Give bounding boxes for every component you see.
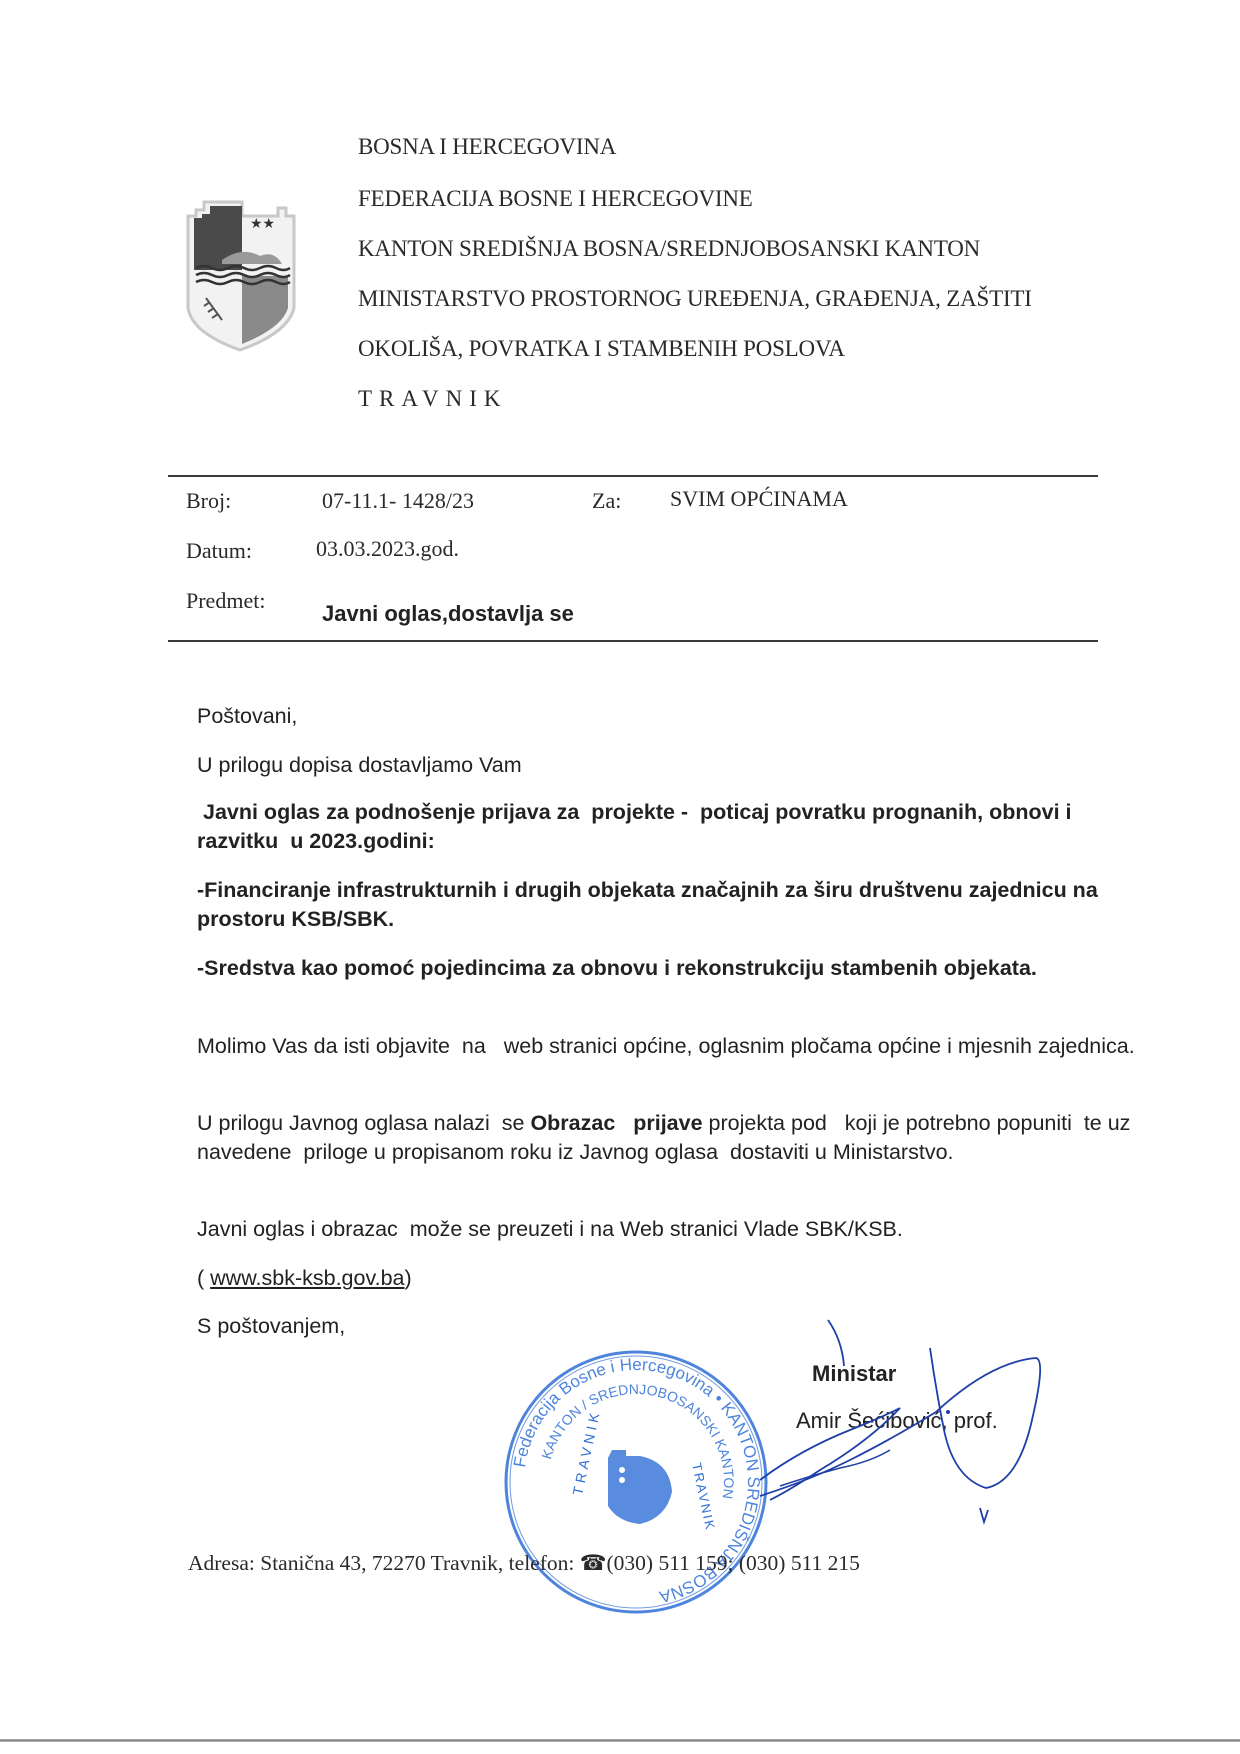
header-canton: KANTON SREDIŠNJA BOSNA/SREDNJOBOSANSKI K…	[358, 236, 980, 262]
number-label: Broj:	[186, 488, 231, 514]
form-text-part1: U prilogu Javnog oglasa nalazi se	[197, 1111, 530, 1135]
meta-top-rule	[168, 475, 1098, 477]
date-value: 03.03.2023.god.	[316, 536, 459, 562]
form-instructions: U prilogu Javnog oglasa nalazi se Obraza…	[197, 1109, 1137, 1167]
official-stamp: Federacija Bosne i Hercegovina • KANTON …	[500, 1346, 772, 1618]
subject-label: Predmet:	[186, 588, 265, 614]
program-item-infrastructure: -Financiranje infrastrukturnih i drugih …	[197, 876, 1137, 934]
to-label: Za:	[592, 488, 621, 514]
coat-of-arms-logo: ★★	[182, 198, 302, 353]
header-ministry: MINISTARSTVO PROSTORNOG UREĐENJA, GRAĐEN…	[358, 286, 1032, 312]
website-line: ( www.sbk-ksb.gov.ba)	[197, 1264, 1137, 1293]
page-bottom-edge	[0, 1739, 1240, 1742]
header-country: BOSNA I HERCEGOVINA	[358, 134, 616, 160]
link-close-paren: )	[405, 1266, 412, 1290]
program-item-housing: -Sredstva kao pomoć pojedincima za obnov…	[197, 954, 1137, 983]
header-federation: FEDERACIJA BOSNE I HERCEGOVINE	[358, 186, 753, 212]
announcement-title: Javni oglas za podnošenje prijava za pro…	[197, 798, 1137, 856]
footer-contact: Adresa: Stanična 43, 72270 Travnik, tele…	[188, 1551, 860, 1576]
to-value: SVIM OPĆINAMA	[670, 486, 848, 512]
header-city: TRAVNIK	[358, 386, 508, 412]
intro-text: U prilogu dopisa dostavljamo Vam	[197, 751, 1137, 780]
publication-request: Molimo Vas da isti objavite na web stran…	[197, 1032, 1137, 1061]
footer-address: Adresa: Stanična 43, 72270 Travnik, tele…	[188, 1551, 580, 1575]
svg-text:★★: ★★	[250, 217, 275, 232]
government-website-link[interactable]: www.sbk-ksb.gov.ba	[210, 1266, 404, 1290]
link-open-paren: (	[197, 1266, 210, 1290]
meta-bottom-rule	[168, 640, 1098, 642]
number-value: 07-11.1- 1428/23	[322, 488, 474, 514]
header-ministry-cont: OKOLIŠA, POVRATKA I STAMBENIH POSLOVA	[358, 336, 845, 362]
telephone-icon: ☎	[580, 1551, 607, 1575]
download-info: Javni oglas i obrazac može se preuzeti i…	[197, 1215, 1137, 1244]
subject-value: Javni oglas,dostavlja se	[322, 601, 574, 627]
date-label: Datum:	[186, 538, 252, 564]
greeting: Poštovani,	[197, 702, 1137, 731]
form-name: Obrazac prijave	[530, 1111, 702, 1135]
handwritten-signature	[740, 1300, 1090, 1520]
svg-text:TRAVNIK: TRAVNIK	[689, 1462, 718, 1533]
footer-phones: (030) 511 159; (030) 511 215	[607, 1551, 860, 1575]
